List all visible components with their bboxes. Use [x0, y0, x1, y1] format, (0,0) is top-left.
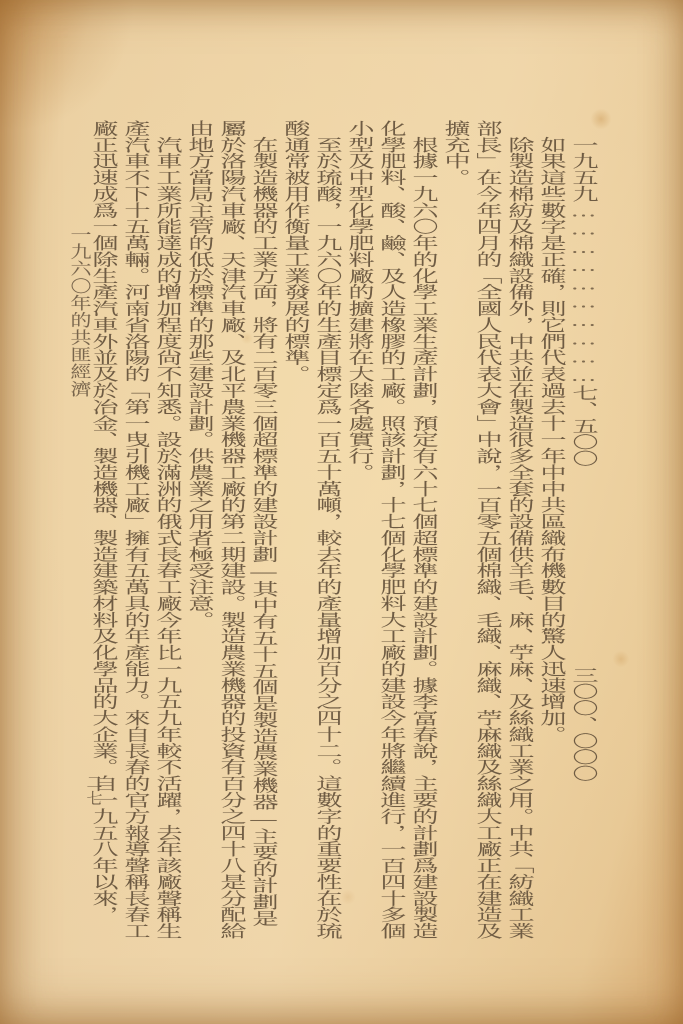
- figures-year: 一九五九: [569, 136, 598, 202]
- book-page: 一九五九…………………………七、五〇〇三〇〇、〇〇〇 如果這些數字是正確，則它們…: [0, 0, 683, 1024]
- paragraph-sulfuric-acid: 至於琉酸，一九六〇年的生產目標定爲一百五十萬噸，較去年的產量增加百分之四十二。這…: [279, 120, 343, 939]
- paragraph-chemical-plan: 根據一九六〇年的化學工業生產計劃，預定有六十七個超標準的建設計劃。據李富春說，主…: [343, 120, 439, 939]
- paragraph-automobile-industry: 汽車工業所能達成的增加程度尙不知悉。設於滿洲的俄式長春工廠今年比一九五九年較不活…: [87, 120, 183, 939]
- paragraph-machinery-industry: 在製造機器的工業方面，將有二百零三個超標準的建設計劃—其中有五十五個是製造農業機…: [183, 120, 279, 939]
- body-text: 一九五九…………………………七、五〇〇三〇〇、〇〇〇 如果這些數字是正確，則它們…: [87, 120, 599, 939]
- figures-value-1: 七、五〇〇: [569, 385, 598, 467]
- running-title: 一九六〇年的共匪經濟: [67, 226, 93, 398]
- paragraph-looms-increase: 如果這些數字是正確，則它們代表過去十一年中中共區織布機數目的驚人迅速增加。: [535, 120, 567, 939]
- paragraph-textile-equipment: 除製造棉紡及棉織設備外，中共並在製造很多全套的設備供羊毛、麻、苧麻、及絲織工業之…: [439, 120, 535, 939]
- figures-row: 一九五九…………………………七、五〇〇三〇〇、〇〇〇: [567, 120, 599, 939]
- figures-value-2: 三〇〇、〇〇〇: [569, 667, 598, 782]
- figures-leader-dots: …………………………: [569, 202, 598, 385]
- page-number: 二七: [83, 774, 101, 806]
